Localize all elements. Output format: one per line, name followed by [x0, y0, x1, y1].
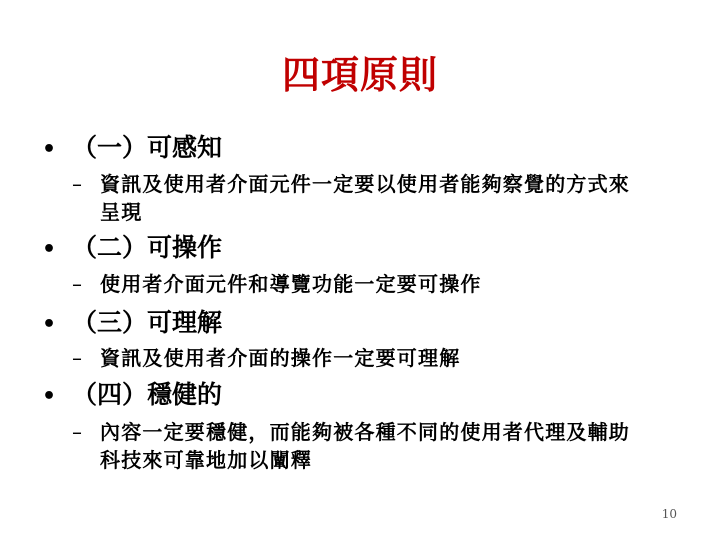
principle-2-heading: •（二）可操作	[42, 228, 222, 264]
bullet-icon: •	[42, 137, 72, 162]
principle-1-heading: •（一）可感知	[42, 128, 222, 164]
dash-icon: –	[72, 270, 82, 298]
principle-heading: （一）可感知	[72, 133, 222, 162]
principle-heading: （三）可理解	[72, 308, 222, 337]
dash-icon: –	[72, 418, 82, 446]
page-number: 10	[662, 507, 677, 521]
principle-detail: 使用者介面元件和導覽功能一定要可操作	[100, 270, 632, 298]
bullet-icon: •	[42, 237, 72, 262]
dash-icon: –	[72, 344, 82, 372]
principle-detail: 資訊及使用者介面的操作一定要可理解	[100, 344, 632, 372]
principle-3-detail: – 資訊及使用者介面的操作一定要可理解	[72, 344, 632, 372]
principle-detail: 資訊及使用者介面元件一定要以使用者能夠察覺的方式來呈現	[100, 170, 632, 226]
principle-3-heading: •（三）可理解	[42, 303, 222, 339]
principle-4-detail: – 內容一定要穩健，而能夠被各種不同的使用者代理及輔助科技來可靠地加以闡釋	[72, 418, 632, 474]
slide-title: 四項原則	[0, 44, 720, 99]
principle-1-detail: – 資訊及使用者介面元件一定要以使用者能夠察覺的方式來呈現	[72, 170, 632, 226]
bullet-icon: •	[42, 384, 72, 409]
principle-detail: 內容一定要穩健，而能夠被各種不同的使用者代理及輔助科技來可靠地加以闡釋	[100, 418, 632, 474]
principle-2-detail: – 使用者介面元件和導覽功能一定要可操作	[72, 270, 632, 298]
principle-heading: （二）可操作	[72, 233, 222, 262]
bullet-icon: •	[42, 312, 72, 337]
principle-heading: （四）穩健的	[72, 380, 222, 409]
principle-4-heading: •（四）穩健的	[42, 375, 222, 411]
dash-icon: –	[72, 170, 82, 198]
